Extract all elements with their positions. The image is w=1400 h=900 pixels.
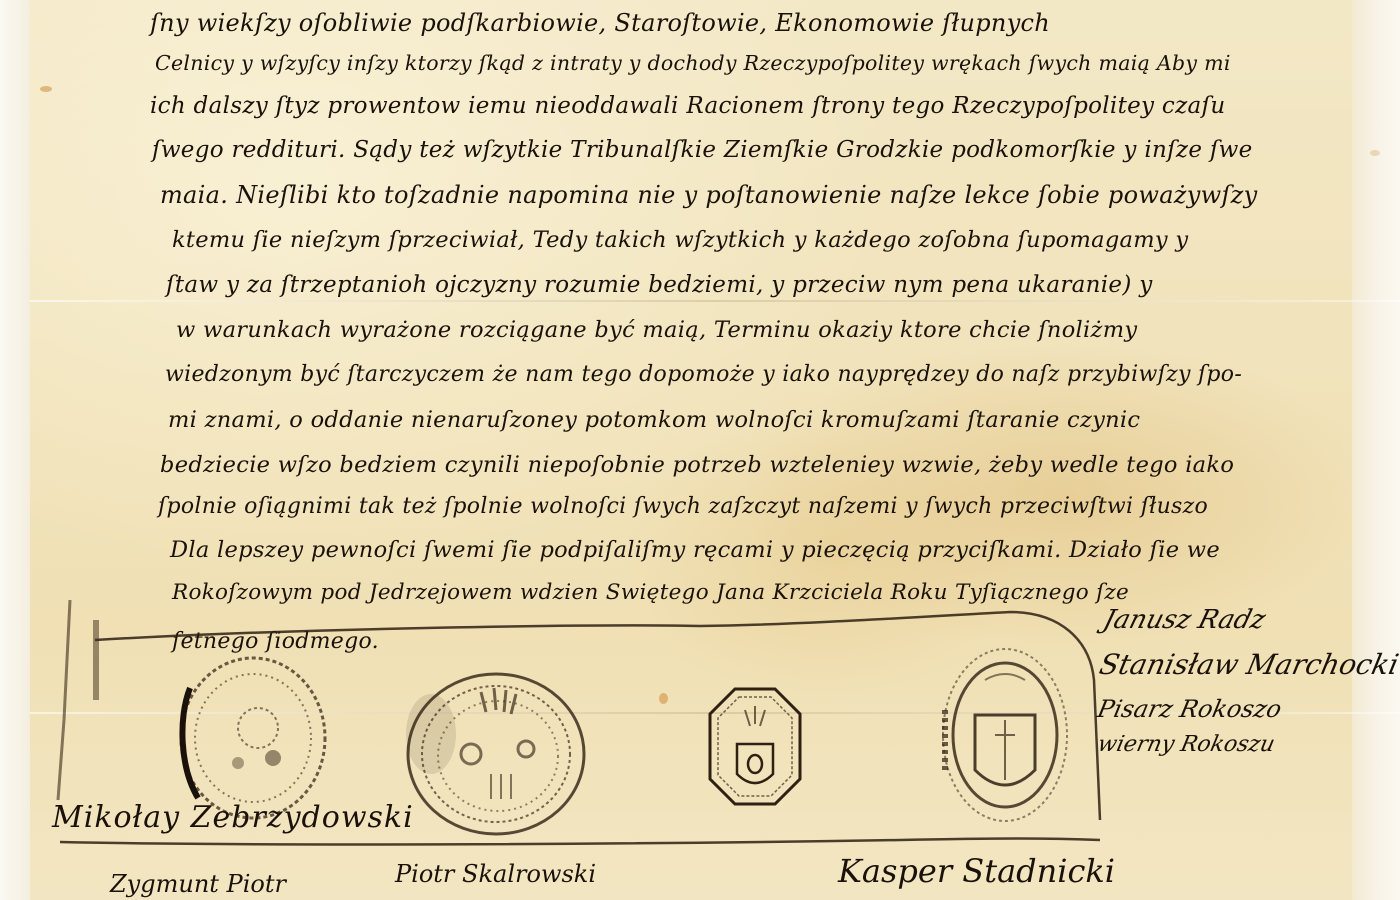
signature: Piotr Skalrowski: [395, 860, 596, 888]
signature: Mikołay Zebrzydowski: [52, 800, 414, 835]
signature-line: Janusz Radz: [1100, 605, 1269, 635]
signature-line: Stanisław Marchocki: [1096, 648, 1400, 681]
seal-round-center-left: [386, 664, 596, 839]
signature: Kasper Stadnicki: [838, 852, 1115, 890]
signature-line: Pisarz Rokoszo: [1095, 695, 1284, 723]
seal-octagonal-center: [705, 684, 805, 809]
signature-line: wierny Rokoszu: [1095, 732, 1277, 757]
signature: Zygmunt Piotr: [110, 870, 286, 898]
seal-oval-right: [935, 640, 1075, 830]
seal-round-left: [168, 648, 338, 823]
